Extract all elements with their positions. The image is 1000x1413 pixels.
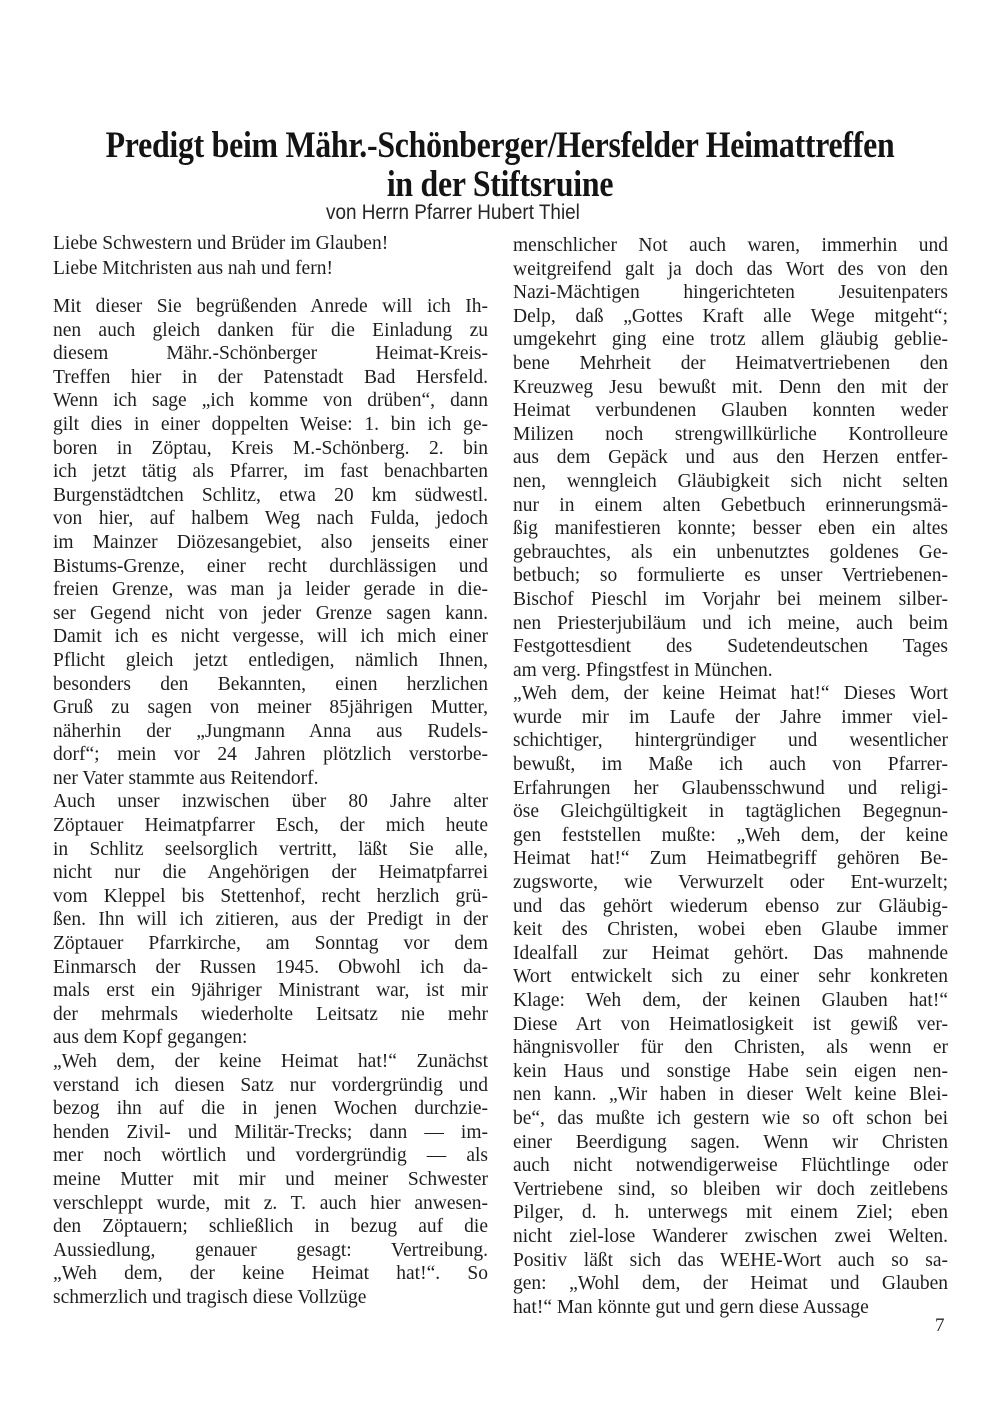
text-line: Burgenstädtchen Schlitz, etwa 20 km südw…	[53, 484, 488, 508]
text-line: aus dem Gepäck und aus den Herzen entfer…	[513, 446, 948, 470]
text-line: Nazi-Mächtigen hingerichteten Jesuitenpa…	[513, 281, 948, 305]
text-line: Erfahrungen her Glaubensschwund und reli…	[513, 777, 948, 801]
text-line: Vertriebene sind, so bleiben wir doch ze…	[513, 1178, 948, 1202]
text-line: Pilger, d. h. unterwegs mit einem Ziel; …	[513, 1201, 948, 1225]
text-line: Idealfall zur Heimat gehört. Das mahnend…	[513, 942, 948, 966]
text-line: Festgottesdient des Sudetendeutschen Tag…	[513, 635, 948, 659]
text-line: bezog ihn auf die in jenen Wochen durchz…	[53, 1097, 488, 1121]
text-line: den Zöptauern; schließlich in bezug auf …	[53, 1215, 488, 1239]
text-line: gilt dies in einer doppelten Weise: 1. b…	[53, 413, 488, 437]
text-line: näherhin der „Jungmann Anna aus Rudels-	[53, 720, 488, 744]
text-line: Zöptauer Heimatpfarrer Esch, der mich he…	[53, 814, 488, 838]
text-line: Heimat hat!“ Zum Heimatbegriff gehören B…	[513, 847, 948, 871]
text-line: Positiv läßt sich das WEHE-Wort auch so …	[513, 1249, 948, 1273]
text-line: „Weh dem, der keine Heimat hat!“ Dieses …	[513, 682, 948, 706]
greeting-line: Liebe Schwestern und Brüder im Glauben!	[53, 231, 488, 256]
right-column-body: menschlicher Not auch waren, immerhin un…	[513, 234, 948, 1319]
greeting: Liebe Schwestern und Brüder im Glauben! …	[53, 231, 488, 281]
text-line: „Weh dem, der keine Heimat hat!“ Zunächs…	[53, 1050, 488, 1074]
text-line: besonders den Bekannten, einen herzliche…	[53, 673, 488, 697]
text-line: zugsworte, wie Verwurzelt oder Ent-wurze…	[513, 871, 948, 895]
article-title-line-1: Predigt beim Mähr.-Schönberger/Hersfelde…	[104, 126, 895, 166]
text-line: diesem Mähr.-Schönberger Heimat-Kreis-	[53, 342, 488, 366]
text-line: vom Kleppel bis Stettenhof, recht herzli…	[53, 885, 488, 909]
text-line: mals erst ein 9jähriger Ministrant war, …	[53, 979, 488, 1003]
text-line: in Schlitz seelsorglich vertritt, läßt S…	[53, 838, 488, 862]
right-column: menschlicher Not auch waren, immerhin un…	[513, 234, 948, 1319]
text-line: Treffen hier in der Patenstadt Bad Hersf…	[53, 366, 488, 390]
text-line: ner Vater stammte aus Reitendorf.	[53, 767, 488, 791]
text-line: „Weh dem, der keine Heimat hat!“. So	[53, 1262, 488, 1286]
text-line: Wenn ich sage „ich komme von drüben“, da…	[53, 389, 488, 413]
text-line: be“, das mußte ich gestern wie so oft sc…	[513, 1107, 948, 1131]
text-line: hängnisvoller für den Christen, als wenn…	[513, 1036, 948, 1060]
text-line: henden Zivil- und Militär-Trecks; dann —…	[53, 1121, 488, 1145]
text-line: und das gehört wiederum ebenso zur Gläub…	[513, 895, 948, 919]
text-line: nen auch gleich danken für die Einladung…	[53, 319, 488, 343]
left-column-body: Mit dieser Sie begrüßenden Anrede will i…	[53, 295, 488, 1310]
left-column: Liebe Schwestern und Brüder im Glauben! …	[53, 231, 488, 1310]
text-line: bene Mehrheit der Heimatvertriebenen den	[513, 352, 948, 376]
paragraph-gap	[53, 281, 488, 295]
text-line: Wort entwickelt sich zu einer sehr konkr…	[513, 965, 948, 989]
text-line: Einmarsch der Russen 1945. Obwohl ich da…	[53, 956, 488, 980]
text-line: umgekehrt ging eine trotz allem gläubig …	[513, 328, 948, 352]
text-line: keit des Christen, wobei eben Glaube imm…	[513, 918, 948, 942]
text-line: freien Grenze, was man ja leider gerade …	[53, 578, 488, 602]
text-line: boren in Zöptau, Kreis M.-Schönberg. 2. …	[53, 437, 488, 461]
text-line: gen: „Wohl dem, der Heimat und Glauben	[513, 1272, 948, 1296]
text-line: wurde mir im Laufe der Jahre immer viel-	[513, 706, 948, 730]
text-line: schmerzlich und tragisch diese Vollzüge	[53, 1286, 488, 1310]
document-page: Predigt beim Mähr.-Schönberger/Hersfelde…	[0, 0, 1000, 1413]
text-line: aus dem Kopf gegangen:	[53, 1026, 488, 1050]
text-line: nen kann. „Wir haben in dieser Welt kein…	[513, 1083, 948, 1107]
text-line: ßen. Ihn will ich zitieren, aus der Pred…	[53, 908, 488, 932]
text-line: öse Gleichgültigkeit in tagtäglichen Beg…	[513, 800, 948, 824]
article-title-line-2: in der Stiftsruine	[104, 165, 895, 205]
text-line: nicht nur die Angehörigen der Heimatpfar…	[53, 861, 488, 885]
text-line: am verg. Pfingstfest in München.	[513, 659, 948, 683]
text-line: Bischof Pieschl im Vorjahr bei meinem si…	[513, 588, 948, 612]
text-line: hat!“ Man könnte gut und gern diese Auss…	[513, 1296, 948, 1320]
text-line: Kreuzweg Jesu bewußt mit. Denn den mit d…	[513, 376, 948, 400]
text-line: auch nicht notwendigerweise Flüchtlinge …	[513, 1154, 948, 1178]
text-line: verschleppt wurde, mit z. T. auch hier a…	[53, 1192, 488, 1216]
text-line: im Mainzer Diözesangebiet, also jenseits…	[53, 531, 488, 555]
text-line: mer noch wörtlich und vordergründig — al…	[53, 1144, 488, 1168]
text-line: Zöptauer Pfarrkirche, am Sonntag vor dem	[53, 932, 488, 956]
text-line: Delp, daß „Gottes Kraft alle Wege mitgeh…	[513, 305, 948, 329]
text-line: verstand ich diesen Satz nur vordergründ…	[53, 1074, 488, 1098]
text-line: nen, wenngleich Gläubigkeit sich nicht s…	[513, 470, 948, 494]
article-byline: von Herrn Pfarrer Hubert Thiel	[326, 200, 704, 226]
text-line: schichtiger, hintergründiger und wesentl…	[513, 729, 948, 753]
text-line: betbuch; so formulierte es unser Vertrie…	[513, 564, 948, 588]
text-line: ßig manifestieren konnte; besser eben ei…	[513, 517, 948, 541]
text-line: Heimat verbundenen Glauben konnten weder	[513, 399, 948, 423]
text-line: nen Priesterjubiläum und ich meine, auch…	[513, 612, 948, 636]
text-line: Auch unser inzwischen über 80 Jahre alte…	[53, 790, 488, 814]
text-line: Klage: Weh dem, der keinen Glauben hat!“	[513, 989, 948, 1013]
text-line: ich jetzt tätig als Pfarrer, im fast ben…	[53, 460, 488, 484]
text-line: gen feststellen mußte: „Weh dem, der kei…	[513, 824, 948, 848]
page-number: 7	[935, 1315, 945, 1337]
text-line: nicht ziel-lose Wanderer zwischen zwei W…	[513, 1225, 948, 1249]
text-line: ser Gegend nicht von jeder Grenze sagen …	[53, 602, 488, 626]
text-line: Milizen noch strengwillkürliche Kontroll…	[513, 423, 948, 447]
text-line: Pflicht gleich jetzt entledigen, nämlich…	[53, 649, 488, 673]
text-line: Mit dieser Sie begrüßenden Anrede will i…	[53, 295, 488, 319]
text-line: Aussiedlung, genauer gesagt: Vertreibung…	[53, 1239, 488, 1263]
text-line: Diese Art von Heimatlosigkeit ist gewiß …	[513, 1013, 948, 1037]
text-line: einer Beerdigung sagen. Wenn wir Christe…	[513, 1131, 948, 1155]
text-line: meine Mutter mit mir und meiner Schweste…	[53, 1168, 488, 1192]
greeting-line: Liebe Mitchristen aus nah und fern!	[53, 256, 488, 281]
text-line: Gruß zu sagen von meiner 85jährigen Mutt…	[53, 696, 488, 720]
text-line: kein Haus und sonstige Habe sein eigen n…	[513, 1060, 948, 1084]
text-line: weitgreifend galt ja doch das Wort des v…	[513, 258, 948, 282]
text-line: Damit ich es nicht vergesse, will ich mi…	[53, 625, 488, 649]
text-line: nur in einem alten Gebetbuch erinnerungs…	[513, 494, 948, 518]
text-line: dorf“; mein vor 24 Jahren plötzlich vers…	[53, 743, 488, 767]
text-line: von hier, auf halbem Weg nach Fulda, jed…	[53, 507, 488, 531]
text-line: menschlicher Not auch waren, immerhin un…	[513, 234, 948, 258]
text-line: bewußt, im Maße ich auch von Pfarrer-	[513, 753, 948, 777]
text-line: der mehrmals wiederholte Leitsatz nie me…	[53, 1003, 488, 1027]
text-line: Bistums-Grenze, einer recht durchlässige…	[53, 555, 488, 579]
text-line: gebrauchtes, als ein unbenutztes goldene…	[513, 541, 948, 565]
